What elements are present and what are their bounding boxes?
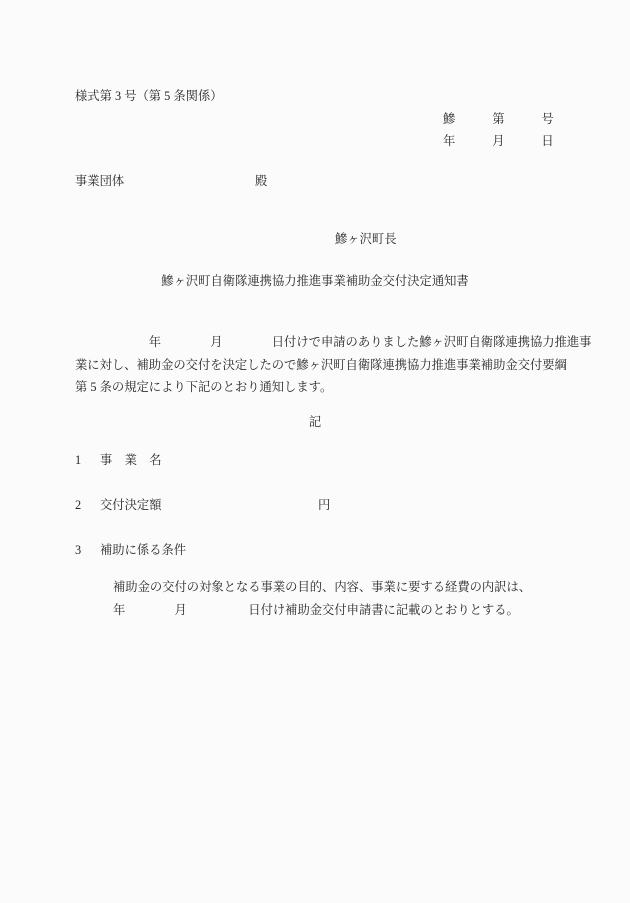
item-number: 3 xyxy=(75,542,81,558)
addressee-honorific: 殿 xyxy=(255,173,267,189)
item-unit-yen: 円 xyxy=(318,497,330,513)
condition-line: 補助金の交付の対象となる事業の目的、内容、事業に要する経費の内訳は、 xyxy=(113,579,531,595)
body-line: 第 5 条の規定により下記のとおり通知します。 xyxy=(75,379,332,395)
document-title: 鰺ヶ沢町自衛隊連携協力推進事業補助金交付決定通知書 xyxy=(0,273,630,289)
date-line: 年 月 日 xyxy=(443,133,554,149)
reference-number-line: 鰺 第 号 xyxy=(443,111,554,127)
condition-line: 年 月 日付け補助金交付申請書に記載のとおりとする。 xyxy=(113,602,519,618)
item-label: 事 業 名 xyxy=(100,452,162,468)
addressee-label: 事業団体 xyxy=(75,173,124,189)
item-label: 補助に係る条件 xyxy=(100,542,186,558)
item-number: 1 xyxy=(75,452,81,468)
form-style-label: 様式第 3 号（第 5 条関係） xyxy=(75,88,223,104)
item-label: 交付決定額 xyxy=(100,497,162,513)
item-number: 2 xyxy=(75,497,81,513)
document-page: 様式第 3 号（第 5 条関係） 鰺 第 号 年 月 日 事業団体 殿 鰺ヶ沢町… xyxy=(0,0,630,903)
sender-name: 鰺ヶ沢町長 xyxy=(335,231,397,247)
record-marker: 記 xyxy=(0,414,630,430)
body-line: 業に対し、補助金の交付を決定したので鰺ヶ沢町自衛隊連携協力推進事業補助金交付要綱 xyxy=(75,357,567,373)
body-line: 年 月 日付けで申請のありました鰺ヶ沢町自衛隊連携協力推進事 xyxy=(75,334,591,350)
